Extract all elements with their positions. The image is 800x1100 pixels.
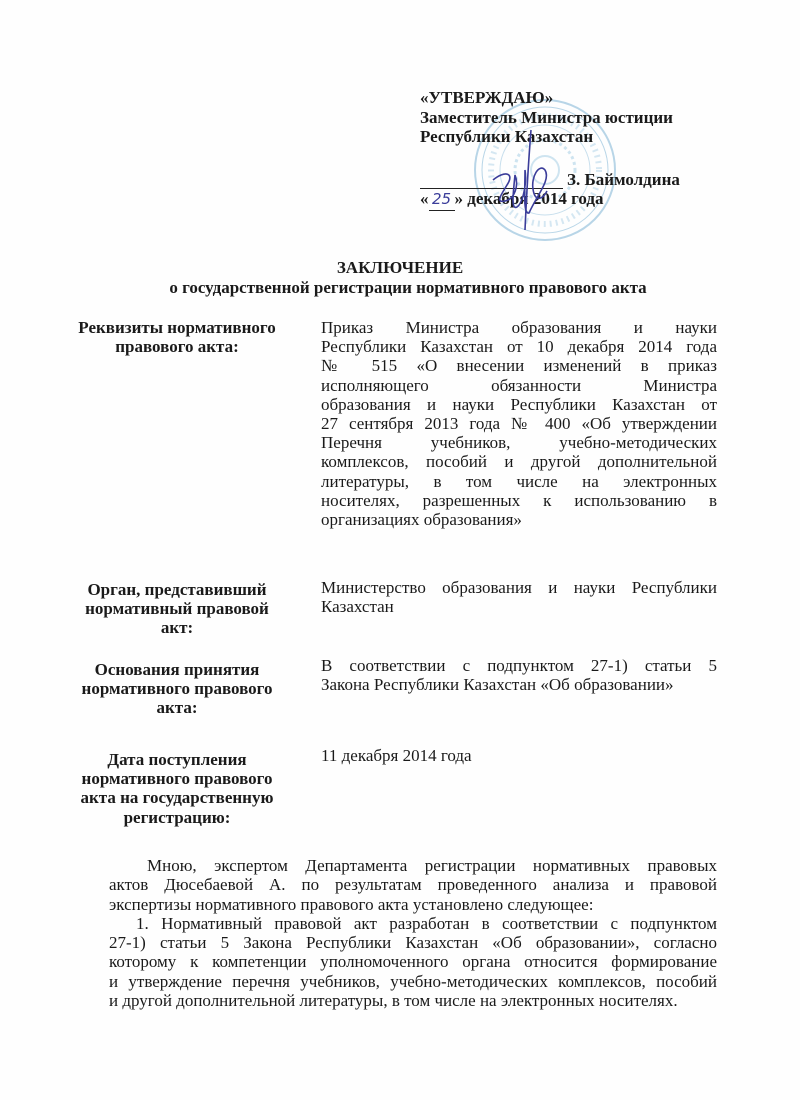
row-label-grounds: Основания принятия нормативного правовог… — [68, 660, 286, 718]
value-line: Республики Казахстан от 10 декабря 2014 … — [321, 337, 717, 356]
row-value-submitting-body: Министерство образования и науки Республ… — [321, 578, 717, 616]
value-line: 11 декабря 2014 года — [321, 746, 717, 765]
value-line: носителях, разрешенных к использованию в — [321, 491, 717, 510]
row-value-receipt-date: 11 декабря 2014 года — [321, 746, 717, 765]
value-line: организациях образования» — [321, 510, 717, 529]
label-line: Реквизиты нормативного — [68, 318, 286, 337]
row-label-submitting-body: Орган, представивший нормативный правово… — [68, 580, 286, 638]
approval-day: 25 — [429, 190, 455, 211]
label-line: акта на государственную — [68, 788, 286, 807]
signatory-name: З. Баймолдина — [567, 170, 680, 190]
paragraph-line: актов Дюсебаевой А. по результатам прове… — [109, 875, 717, 894]
paragraph-line: Мною, экспертом Департамента регистрации… — [109, 856, 717, 875]
expert-findings-paragraph: Мною, экспертом Департамента регистрации… — [109, 856, 717, 1010]
paragraph-line: и другой дополнительной литературы, в то… — [109, 991, 717, 1010]
value-line: комплексов, пособий и другой дополнитель… — [321, 452, 717, 471]
label-line: акт: — [68, 618, 286, 637]
paragraph-line: которому к компетенции уполномоченного о… — [109, 952, 717, 971]
value-line: литературы, в том числе на электронных — [321, 472, 717, 491]
value-line: Казахстан — [321, 597, 717, 616]
label-line: правового акта: — [68, 337, 286, 356]
label-line: нормативный правовой — [68, 599, 286, 618]
approval-date: «25» декабря 2014 года — [420, 189, 760, 211]
paragraph-line: 27-1) статьи 5 Закона Республики Казахст… — [109, 933, 717, 952]
label-line: регистрацию: — [68, 808, 286, 827]
document-page: «УТВЕРЖДАЮ» Заместитель Министра юстиции… — [0, 0, 800, 1100]
row-label-receipt-date: Дата поступления нормативного правового … — [68, 750, 286, 827]
value-line: 27 сентября 2013 года № 400 «Об утвержде… — [321, 414, 717, 433]
approval-block: «УТВЕРЖДАЮ» Заместитель Министра юстиции… — [420, 88, 760, 211]
approver-position-line2: Республики Казахстан — [420, 127, 760, 147]
row-value-grounds: В соответствии с подпунктом 27-1) статьи… — [321, 656, 717, 694]
document-title: ЗАКЛЮЧЕНИЕ — [0, 258, 800, 277]
value-line: Закона Республики Казахстан «Об образова… — [321, 675, 717, 694]
label-line: нормативного правового — [68, 769, 286, 788]
row-value-requisites: Приказ Министра образования и науки Респ… — [321, 318, 717, 529]
signature-line: З. Баймолдина — [420, 170, 760, 190]
document-subtitle: о государственной регистрации нормативно… — [8, 278, 800, 297]
label-line: Орган, представивший — [68, 580, 286, 599]
signature-icon — [485, 125, 565, 235]
approval-heading: «УТВЕРЖДАЮ» — [420, 88, 760, 108]
value-line: Приказ Министра образования и науки — [321, 318, 717, 337]
label-line: нормативного правового — [68, 679, 286, 698]
label-line: Дата поступления — [68, 750, 286, 769]
paragraph-line: 1. Нормативный правовой акт разработан в… — [109, 914, 717, 933]
label-line: Основания принятия — [68, 660, 286, 679]
approver-position-line1: Заместитель Министра юстиции — [420, 108, 760, 128]
row-label-requisites: Реквизиты нормативного правового акта: — [68, 318, 286, 356]
value-line: исполняющего обязанности Министра — [321, 376, 717, 395]
paragraph-line: и утверждение перечня учебников, учебно-… — [109, 972, 717, 991]
value-line: В соответствии с подпунктом 27-1) статьи… — [321, 656, 717, 675]
value-line: образования и науки Республики Казахстан… — [321, 395, 717, 414]
date-open-quote: « — [420, 189, 429, 208]
value-line: Министерство образования и науки Республ… — [321, 578, 717, 597]
paragraph-line: экспертизы нормативного правового акта у… — [109, 895, 717, 914]
value-line: № 515 «О внесении изменений в приказ — [321, 356, 717, 375]
value-line: Перечня учебников, учебно-методических — [321, 433, 717, 452]
label-line: акта: — [68, 698, 286, 717]
